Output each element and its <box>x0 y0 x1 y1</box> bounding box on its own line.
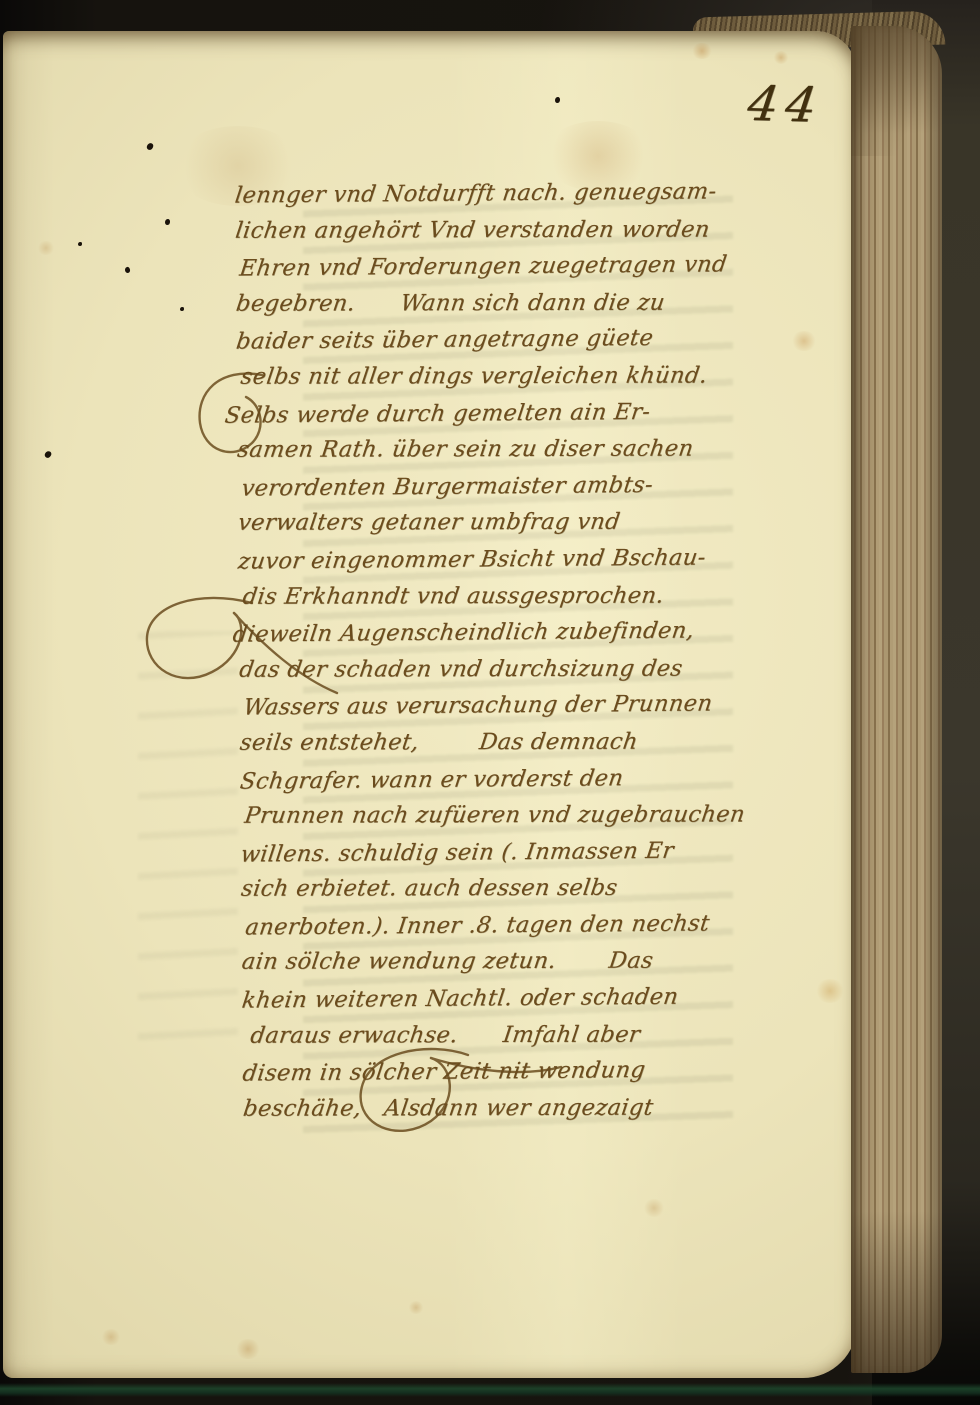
text-line: verwalters getaner umbfrag vnd <box>236 504 831 542</box>
text-line: disem in sölcher Zeit nit wendung <box>240 1051 835 1093</box>
text-line: Selbs werde durch gemelten ain Er- <box>223 392 830 434</box>
manuscript-page: 44 lennger vnd Notdurfft nach. genuegsam… <box>3 31 857 1378</box>
margin-bleedthrough-texture <box>138 631 238 1061</box>
text-line: Prunnen nach zufüeren vnd zugebrauchen <box>242 796 833 834</box>
text-line: das der schaden vnd durchsizung des <box>237 650 832 688</box>
ink-speck <box>146 142 154 151</box>
book-fore-edge <box>851 26 942 1373</box>
text-line: Wassers aus verursachung der Prunnen <box>241 685 832 727</box>
text-line: beschähe, Alsdann wer angezaigt <box>241 1089 836 1127</box>
foxing-spot <box>773 51 789 64</box>
folio-number: 44 <box>744 76 841 134</box>
ink-speck <box>180 307 184 311</box>
foxing-spot <box>643 1199 665 1217</box>
text-line: lennger vnd Notdurfft nach. genuegsam- <box>233 172 828 214</box>
foxing-spot <box>37 241 55 255</box>
text-line: ain sölche wendung zetun. Das <box>239 943 834 981</box>
text-line: zuvor eingenommer Bsicht vnd Bschau- <box>236 538 831 580</box>
ink-speck <box>124 266 131 273</box>
text-line: selbs nit aller dings vergleichen khünd. <box>238 357 829 395</box>
table-edge-strip <box>0 1383 980 1397</box>
foxing-spot <box>235 1339 261 1359</box>
ink-speck <box>555 97 560 103</box>
foxing-spot <box>101 1329 121 1345</box>
text-line: willens. schuldig sein (. Inmassen Er <box>238 831 833 873</box>
text-line: khein weiteren Nachtl. oder schaden <box>240 977 835 1019</box>
ink-speck <box>44 450 53 459</box>
scan-background: 44 lennger vnd Notdurfft nach. genuegsam… <box>0 0 980 1405</box>
text-line: seils entstehet, Das demnach <box>238 723 833 761</box>
text-line: sich erbietet. auch dessen selbs <box>239 869 834 907</box>
text-line: dieweiln Augenscheindlich zubefinden, <box>230 612 831 654</box>
ink-speck <box>78 242 82 246</box>
text-line: dis Erkhanndt vnd aussgesprochen. <box>240 577 831 615</box>
text-line: daraus erwachse. Imfahl aber <box>248 1016 835 1054</box>
foxing-spot <box>408 1301 424 1314</box>
ink-speck <box>165 219 170 225</box>
text-line: baider seits über angetragne güete <box>234 319 829 361</box>
foxing-spot <box>691 43 713 59</box>
text-line: Schgrafer. wann er vorderst den <box>238 758 833 800</box>
manuscript-text-block: lennger vnd Notdurfft nach. genuegsam- l… <box>235 172 833 1129</box>
text-line: begebren. Wann sich dann die zu <box>234 284 829 322</box>
text-line: samen Rath. über sein zu diser sachen <box>235 430 830 468</box>
text-line: verordenten Burgermaister ambts- <box>239 465 830 507</box>
text-line: anerboten.). Inner .8. tagen den nechst <box>243 904 834 946</box>
text-line: Ehren vnd Forderungen zuegetragen vnd <box>237 246 828 288</box>
text-line: lichen angehört Vnd verstanden worden <box>233 211 828 249</box>
